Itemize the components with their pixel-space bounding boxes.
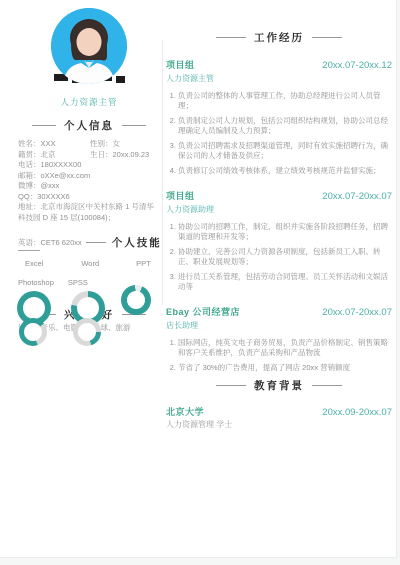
heading-dash-left — [216, 37, 246, 38]
info-line-email: 邮箱：oXXe@xx.com — [18, 171, 160, 182]
email-label: 邮箱： — [18, 171, 41, 180]
portrait-illustration — [51, 8, 127, 84]
info-line-qq: QQ：30XXXX6 — [18, 192, 160, 203]
job-header: Ebay 公司经营店 20xx.07-20xx.07 — [166, 305, 392, 318]
english-skill: 英语：CET6 620xx — [18, 237, 82, 248]
job-role: 人力资源主管 — [166, 73, 392, 84]
education-heading: 教育背景 — [166, 378, 392, 393]
job-entry: 项目组 20xx.07-20xx.12 人力资源主管 负责公司的整体的人事管理工… — [166, 58, 392, 176]
job-bullet: 节省了 30%的广告费用，提高了网店 20xx 营销额度 — [178, 363, 392, 373]
job-bullet: 负责修订公司绩效考核体系，建立绩效考核规范并监督实施； — [178, 166, 392, 176]
english-value: CET6 620xx — [41, 238, 82, 247]
info-line-weibo: 微博：@xxx — [18, 181, 160, 192]
company-name: 项目组 — [166, 189, 195, 202]
birthday-value: 20xx.09.23 — [113, 150, 150, 159]
company-name: Ebay 公司经营店 — [166, 305, 240, 318]
job-header: 项目组 20xx.07-20xx.12 — [166, 58, 392, 71]
job-bullet: 协助建立、完善公司人力资源各项制度，包括新员工入职、转正、职业发展规划等； — [178, 247, 392, 267]
job-entry: 项目组 20xx.07-20xx.07 人力资源助理 协助公司的招聘工作，制定、… — [166, 189, 392, 292]
personal-info-list: 姓名：XXX 性别：女 籍贯：北京 生日：20xx.09.23 电话：180XX… — [18, 139, 160, 223]
profile-photo — [51, 8, 127, 84]
job-role: 人力资源助理 — [166, 204, 392, 215]
education-major: 人力资源管理 学士 — [166, 419, 392, 430]
work-heading: 工作经历 — [166, 30, 392, 45]
education-entry: 北京大学 20xx.09-20xx.07 人力资源管理 学士 — [166, 405, 392, 430]
personal-info-title: 个人信息 — [64, 118, 114, 133]
skill-label-word: Word — [81, 259, 99, 268]
skill-label-photoshop: Photoshop — [18, 278, 54, 287]
skill-ring-chart — [121, 285, 151, 315]
obscured-name-fragment — [116, 76, 125, 83]
skill-ring-chart — [19, 318, 47, 346]
birthday-label: 生日： — [90, 150, 113, 159]
heading-dash-left — [216, 385, 246, 386]
job-bullet: 进行员工关系管理，包括劳动合同管理、员工关怀活动和文娱活动等 — [178, 272, 392, 292]
job-date-range: 20xx.07-20xx.07 — [322, 191, 392, 202]
name-value: XXX — [41, 139, 56, 148]
right-column: 工作经历 项目组 20xx.07-20xx.12 人力资源主管 负责公司的整体的… — [166, 30, 392, 430]
photo-area — [18, 8, 160, 90]
qq-value: 30XXXX6 — [37, 192, 70, 201]
resume-page: 人力资源主管 个人信息 姓名：XXX 性别：女 籍贯：北京 生日：20xx.09… — [0, 0, 397, 558]
job-bullet-list: 负责公司的整体的人事管理工作，协助总经理进行公司人员管理； 负责制定公司人力规划… — [166, 91, 392, 176]
gender-label: 性别： — [90, 139, 113, 148]
skill-label-spss: SPSS — [68, 278, 88, 287]
job-date-range: 20xx.07-20xx.12 — [322, 60, 392, 71]
job-header: 项目组 20xx.07-20xx.07 — [166, 189, 392, 202]
gender-value: 女 — [113, 139, 121, 148]
skill-label-ppt: PPT — [136, 259, 151, 268]
info-line-name-gender: 姓名：XXX 性别：女 — [18, 139, 160, 150]
job-date-range: 20xx.07-20xx.07 — [322, 307, 392, 318]
education-header: 北京大学 20xx.09-20xx.07 — [166, 405, 392, 418]
job-bullet: 负责公司的整体的人事管理工作，协助总经理进行公司人员管理； — [178, 91, 392, 111]
info-line-origin-birthday: 籍贯：北京 生日：20xx.09.23 — [18, 150, 160, 161]
weibo-value: @xxx — [41, 181, 60, 190]
left-column: 人力资源主管 个人信息 姓名：XXX 性别：女 籍贯：北京 生日：20xx.09… — [18, 8, 160, 353]
job-bullet-list: 国际网店，纯英文电子商务贸易，负责产品价格制定、销售策略和客户关系维护，负责产品… — [166, 338, 392, 373]
skill-label-excel: Excel — [25, 259, 43, 268]
origin-value: 北京 — [41, 150, 56, 159]
job-bullet: 国际网店，纯英文电子商务贸易，负责产品价格制定、销售策略和客户关系维护，负责产品… — [178, 338, 392, 358]
info-line-address: 地址：北京市海淀区中关村东路 1 号清华科技园 D 座 15 层(100084)… — [18, 202, 160, 223]
heading-dash-right — [122, 125, 146, 126]
qq-label: QQ： — [18, 192, 37, 201]
email-value: oXXe@xx.com — [41, 171, 91, 180]
skill-rings-zone: 兴趣爱好 读书、音乐、电影、羽毛球、旅游 — [18, 289, 160, 353]
job-bullet: 协助公司的招聘工作，制定、组织并实施各阶段招聘任务，招聘渠道的管理和开发等； — [178, 222, 392, 242]
job-bullet-list: 协助公司的招聘工作，制定、组织并实施各阶段招聘任务，招聘渠道的管理和开发等； 协… — [166, 222, 392, 292]
weibo-label: 微博： — [18, 181, 41, 190]
job-entry: Ebay 公司经营店 20xx.07-20xx.07 店长助理 国际网店，纯英文… — [166, 305, 392, 373]
job-role: 店长助理 — [166, 320, 392, 331]
education-date-range: 20xx.09-20xx.07 — [322, 407, 392, 418]
heading-dash-left — [32, 125, 56, 126]
skill-ring-chart — [73, 318, 101, 346]
info-line-phone: 电话：180XXXX00 — [18, 160, 160, 171]
company-name: 项目组 — [166, 58, 195, 71]
skill-labels-row1: Excel Word PPT — [18, 259, 160, 268]
origin-label: 籍贯： — [18, 150, 41, 159]
school-name: 北京大学 — [166, 405, 204, 418]
skills-heading-row: 英语：CET6 620xx 个人技能 — [18, 235, 160, 250]
heading-dash-right — [312, 37, 342, 38]
column-divider — [162, 40, 163, 305]
work-title: 工作经历 — [254, 30, 304, 45]
phone-value: 180XXXX00 — [41, 160, 82, 169]
job-bullet: 负责公司招聘需求及招聘渠道管理，同时有效实施招聘行为，确保公司的人才储备及供应； — [178, 141, 392, 161]
heading-dash-right — [312, 385, 342, 386]
personal-info-heading: 个人信息 — [18, 118, 160, 133]
education-title: 教育背景 — [254, 378, 304, 393]
english-label: 英语： — [18, 238, 41, 247]
job-bullet: 负责制定公司人力规划，包括公司组织结构规划，协助公司总经理确定人员编制及人力预算… — [178, 116, 392, 136]
phone-label: 电话： — [18, 160, 41, 169]
heading-dash-left — [86, 242, 106, 243]
skills-title: 个人技能 — [112, 235, 162, 250]
name-label: 姓名： — [18, 139, 41, 148]
profile-job-title: 人力资源主管 — [18, 96, 160, 108]
address-label: 地址： — [18, 202, 41, 211]
